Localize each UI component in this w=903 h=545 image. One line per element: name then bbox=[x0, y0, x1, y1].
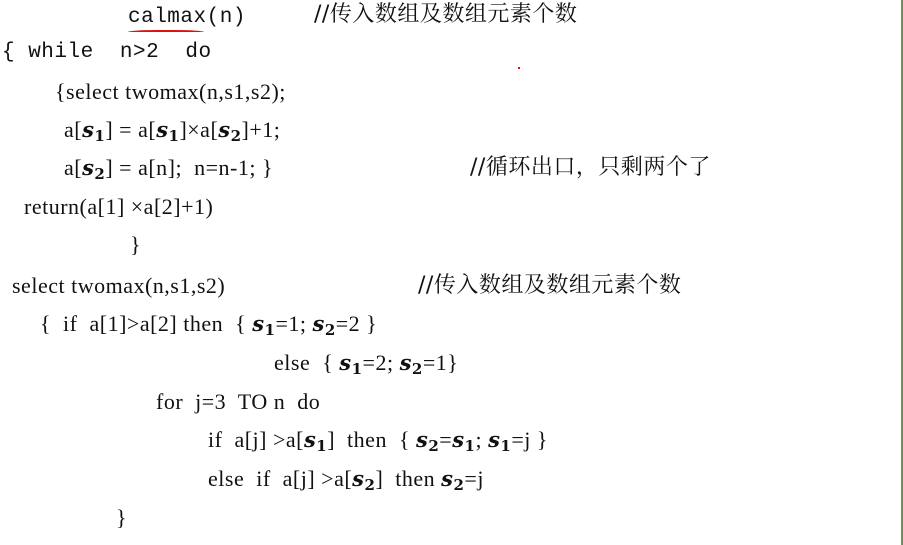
var-s1: s1 bbox=[82, 117, 105, 142]
code-line-14: } bbox=[116, 505, 127, 531]
var-s1: s1 bbox=[156, 117, 179, 142]
var-s2: s2 bbox=[352, 466, 375, 491]
code-line-3: {select twomax(n,s1,s2); bbox=[55, 79, 286, 105]
code-line-1: calmax(n) bbox=[128, 2, 246, 31]
var-s2: s2 bbox=[441, 466, 464, 491]
var-s2: s2 bbox=[416, 427, 439, 452]
var-s2: s2 bbox=[82, 155, 105, 180]
red-dot-annotation bbox=[518, 67, 520, 69]
comment-line-5: //循环出口，只剩两个了 bbox=[470, 155, 711, 181]
comment-line-1: //传入数组及数组元素个数 bbox=[314, 2, 577, 28]
code-line-7: } bbox=[130, 232, 141, 258]
code-line-8: select twomax(n,s1,s2) bbox=[12, 273, 225, 299]
code-line-11: for j=3 TO n do bbox=[156, 389, 320, 415]
var-s1: s1 bbox=[252, 311, 275, 336]
var-s1: s1 bbox=[304, 427, 327, 452]
var-s2: s2 bbox=[218, 117, 241, 142]
code-line-4: a[s1] = a[s1]×a[s2]+1; bbox=[64, 117, 280, 149]
red-underline-annotation bbox=[128, 30, 204, 35]
code-line-12: if a[j] >a[s1] then { s2=s1; s1=j } bbox=[208, 427, 548, 459]
code-line-9: { if a[1]>a[2] then { s1=1; s2=2 } bbox=[40, 311, 377, 343]
var-s1: s1 bbox=[488, 427, 511, 452]
function-name-calmax: calmax(n) bbox=[128, 6, 246, 29]
var-s2: s2 bbox=[312, 311, 335, 336]
comment-line-8: //传入数组及数组元素个数 bbox=[418, 273, 681, 299]
code-line-2: { while n>2 do bbox=[2, 40, 212, 66]
var-s1: s1 bbox=[339, 350, 362, 375]
code-line-6: return(a[1] ×a[2]+1) bbox=[24, 194, 213, 220]
var-s1: s1 bbox=[452, 427, 475, 452]
code-line-10: else { s1=2; s2=1} bbox=[274, 350, 458, 382]
code-line-5: a[s2] = a[n]; n=n-1; } bbox=[64, 155, 273, 187]
var-s2: s2 bbox=[400, 350, 423, 375]
code-line-13: else if a[j] >a[s2] then s2=j bbox=[208, 466, 484, 498]
